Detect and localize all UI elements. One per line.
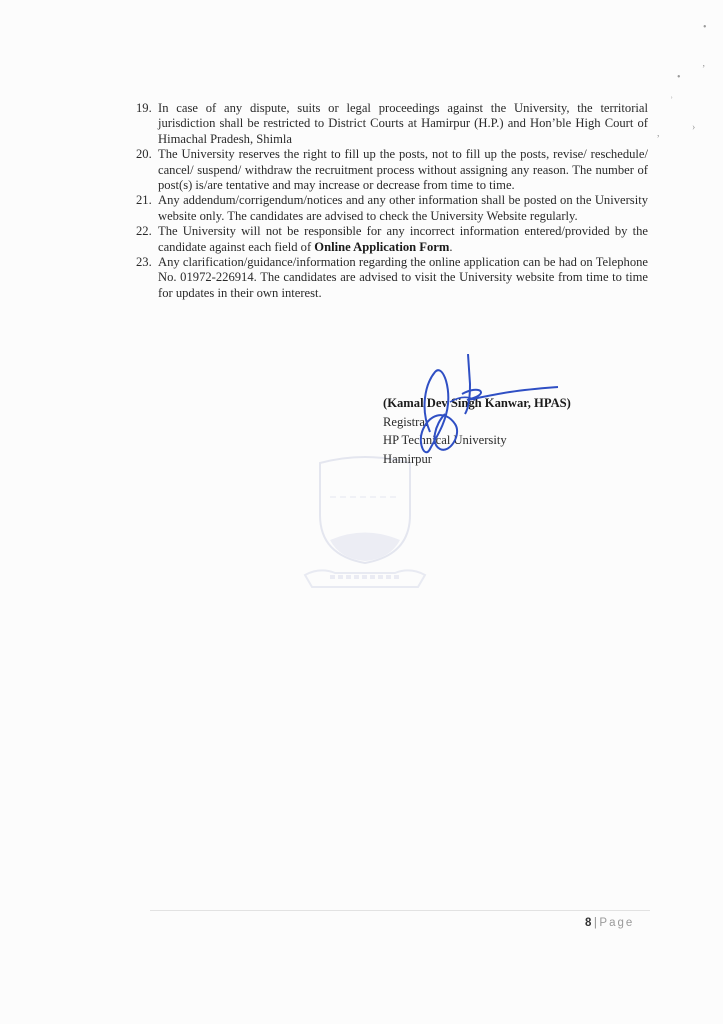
item-text: The University reserves the right to fil…: [158, 147, 648, 192]
item-text-bold: Online Application Form: [314, 240, 449, 254]
terms-list: 19. In case of any dispute, suits or leg…: [131, 101, 648, 301]
document-page: 19. In case of any dispute, suits or leg…: [0, 0, 723, 1024]
list-item: 23. Any clarification/guidance/informati…: [131, 255, 648, 301]
page-number: 8: [585, 917, 592, 929]
handwritten-signature: [390, 354, 560, 466]
page-separator: |: [594, 917, 598, 929]
scan-specks: • ‚ • ʾ › ,: [640, 0, 723, 160]
list-item: 19. In case of any dispute, suits or leg…: [131, 101, 648, 147]
list-item: 20. The University reserves the right to…: [131, 147, 648, 193]
item-text: Any addendum/corrigendum/notices and any…: [158, 193, 648, 222]
item-text-end: .: [449, 240, 452, 254]
list-item: 22. The University will not be responsib…: [131, 224, 648, 255]
item-number: 22.: [136, 224, 152, 239]
page-number-footer: 8|Page: [585, 917, 634, 929]
item-number: 21.: [136, 193, 152, 208]
page-label: Page: [599, 917, 634, 929]
item-number: 19.: [136, 101, 152, 116]
list-item: 21. Any addendum/corrigendum/notices and…: [131, 193, 648, 224]
footer-divider: [150, 910, 650, 911]
item-number: 23.: [136, 255, 152, 270]
item-number: 20.: [136, 147, 152, 162]
university-logo-watermark: [300, 455, 430, 595]
item-text: In case of any dispute, suits or legal p…: [158, 101, 648, 146]
item-text: Any clarification/guidance/information r…: [158, 255, 648, 300]
